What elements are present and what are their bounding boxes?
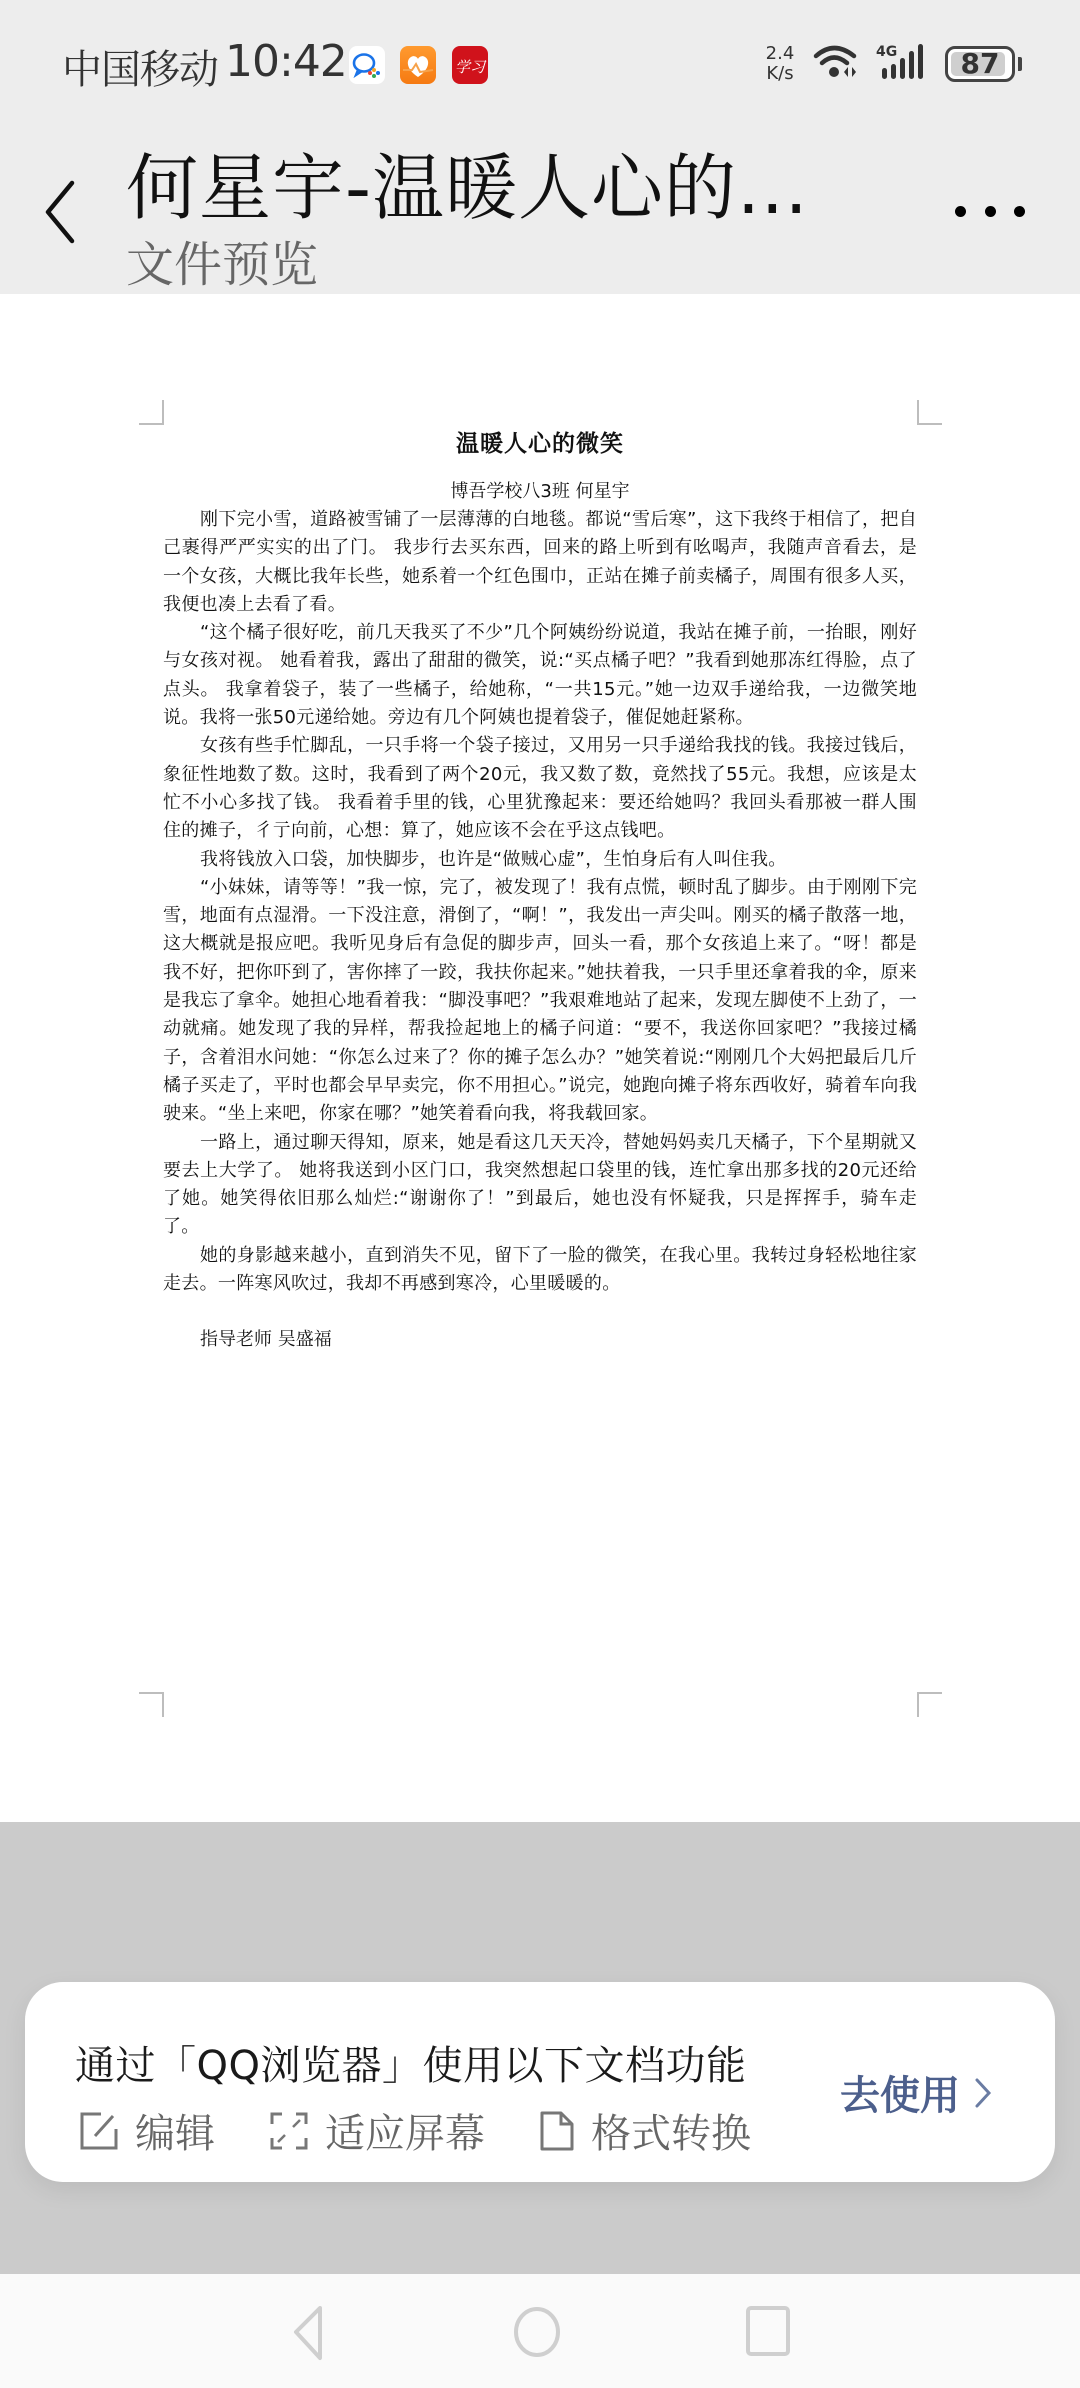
feature-format-convert: 格式转换 bbox=[539, 2102, 751, 2159]
network-type-label: 4G bbox=[876, 44, 897, 60]
document-page: 温暖人心的微笑 博吾学校八3班 何星宇 刚下完小雪，道路被雪铺了一层薄薄的白地毯… bbox=[163, 420, 917, 1354]
more-horizontal-icon bbox=[955, 206, 966, 217]
file-title: 何星宇-温暖人心的... bbox=[126, 130, 886, 234]
carrier-label: 中国移动 bbox=[62, 38, 218, 95]
document-paragraph: 一路上，通过聊天得知，原来，她是看这几天天冷，替她妈妈卖几天橘子，下个星期就又要… bbox=[163, 1129, 917, 1242]
nav-back-icon bbox=[284, 2302, 334, 2362]
cellular-signal-icon: 4G bbox=[876, 42, 932, 86]
screen: 中国移动 10:42 学习 2.4 K/s bbox=[0, 0, 1080, 2388]
page-subtitle: 文件预览 bbox=[126, 226, 318, 295]
page-corner-mark bbox=[917, 400, 942, 425]
nav-home-button[interactable] bbox=[512, 2302, 562, 2366]
document-paragraph: “小妹妹，请等等！”我一惊，完了，被发现了！我有点慌，顿时乱了脚步。由于刚刚下完… bbox=[163, 874, 917, 1129]
go-use-label: 去使用 bbox=[840, 2064, 960, 2121]
feature-format-convert-label: 格式转换 bbox=[591, 2102, 751, 2159]
feature-edit: 编辑 bbox=[79, 2102, 215, 2159]
health-icon bbox=[400, 46, 436, 84]
network-speed: 2.4 K/s bbox=[760, 44, 800, 84]
nav-recents-button[interactable] bbox=[744, 2302, 794, 2366]
document-preview[interactable]: 温暖人心的微笑 博吾学校八3班 何星宇 刚下完小雪，道路被雪铺了一层薄薄的白地毯… bbox=[0, 294, 1080, 1822]
document-title: 温暖人心的微笑 bbox=[163, 420, 917, 468]
wifi-icon bbox=[812, 42, 862, 86]
qq-browser-promo-panel: 通过「QQ浏览器」使用以下文档功能 编辑 适应屏幕 bbox=[25, 1982, 1055, 2182]
network-speed-unit: K/s bbox=[760, 64, 800, 84]
nav-back-button[interactable] bbox=[284, 2302, 334, 2366]
edit-icon bbox=[79, 2111, 119, 2151]
system-navigation-bar bbox=[0, 2274, 1080, 2388]
feature-fit-screen: 适应屏幕 bbox=[269, 2102, 485, 2159]
nav-home-icon bbox=[512, 2302, 562, 2362]
xuexi-icon: 学习 bbox=[452, 46, 488, 84]
document-paragraph: “这个橘子很好吃，前几天我买了不少”几个阿姨纷纷说道，我站在摊子前，一抬眼，刚好… bbox=[163, 619, 917, 732]
status-bar: 中国移动 10:42 学习 2.4 K/s bbox=[0, 0, 1080, 130]
clock: 10:42 bbox=[225, 36, 347, 87]
promo-feature-list: 编辑 适应屏幕 格式转换 bbox=[79, 2102, 805, 2159]
feature-fit-screen-label: 适应屏幕 bbox=[325, 2102, 485, 2159]
header: 何星宇-温暖人心的... 文件预览 bbox=[0, 130, 1080, 294]
document-byline: 博吾学校八3班 何星宇 bbox=[163, 478, 917, 506]
battery-icon: 87 bbox=[945, 46, 1015, 82]
feature-edit-label: 编辑 bbox=[135, 2102, 215, 2159]
battery-level: 87 bbox=[948, 47, 1012, 80]
more-options-button[interactable] bbox=[955, 196, 1025, 226]
back-button[interactable] bbox=[38, 175, 88, 245]
network-speed-value: 2.4 bbox=[760, 44, 800, 64]
document-paragraph: 刚下完小雪，道路被雪铺了一层薄薄的白地毯。都说“雪后寒”，这下我终于相信了，把自… bbox=[163, 506, 917, 619]
document-paragraph: 女孩有些手忙脚乱，一只手将一个袋子接过，又用另一只手递给我找的钱。我接过钱后，象… bbox=[163, 732, 917, 845]
page-corner-mark bbox=[139, 400, 164, 425]
promo-title: 通过「QQ浏览器」使用以下文档功能 bbox=[75, 2034, 746, 2091]
file-convert-icon bbox=[539, 2110, 575, 2152]
document-teacher: 指导老师 吴盛福 bbox=[163, 1326, 917, 1354]
chevron-left-icon bbox=[38, 175, 88, 245]
wecom-icon bbox=[349, 46, 385, 84]
chevron-right-icon bbox=[974, 2076, 992, 2110]
svg-text:学习: 学习 bbox=[455, 58, 487, 76]
nav-recents-icon bbox=[744, 2302, 794, 2362]
fit-screen-icon bbox=[269, 2111, 309, 2151]
document-paragraph: 她的身影越来越小，直到消失不见，留下了一脸的微笑，在我心里。我转过身轻松地往家走… bbox=[163, 1242, 917, 1299]
go-use-button[interactable]: 去使用 bbox=[840, 2064, 992, 2121]
more-horizontal-icon bbox=[1014, 206, 1025, 217]
more-horizontal-icon bbox=[985, 206, 996, 217]
page-corner-mark bbox=[139, 1692, 164, 1717]
battery-tip bbox=[1018, 57, 1022, 71]
document-paragraph: 我将钱放入口袋，加快脚步，也许是“做贼心虚”，生怕身后有人叫住我。 bbox=[163, 846, 917, 874]
page-corner-mark bbox=[917, 1692, 942, 1717]
